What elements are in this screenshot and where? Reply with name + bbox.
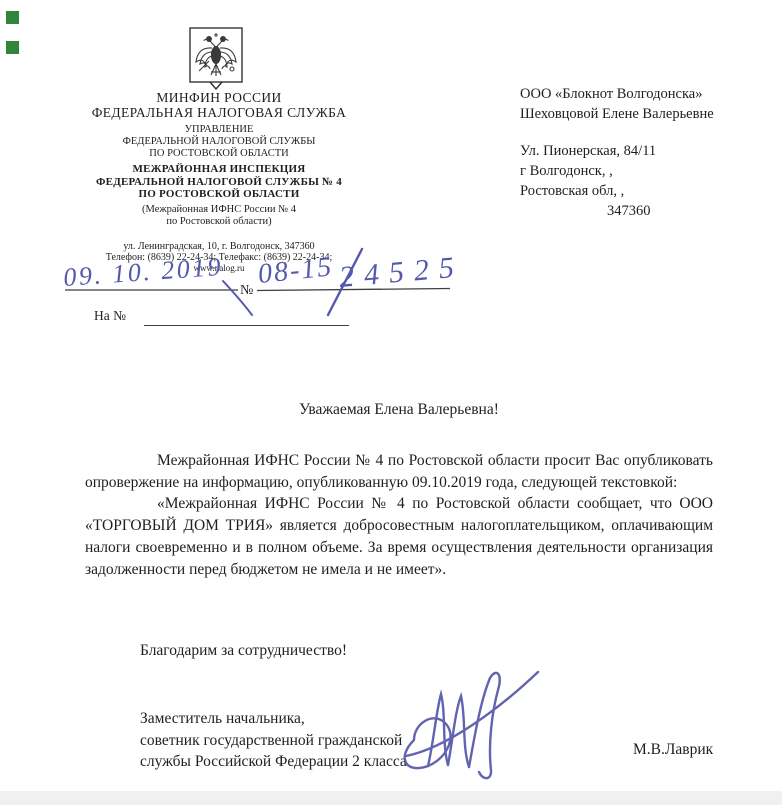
agency-name: ФЕДЕРАЛЬНАЯ НАЛОГОВАЯ СЛУЖБА [58, 105, 380, 120]
recipient-block: ООО «Блокнот Волгодонска» Шеховцовой Еле… [520, 84, 760, 221]
recipient-region: Ростовская обл, , [520, 181, 760, 201]
short-name-line: по Ростовской области) [58, 216, 380, 228]
signer-name: М.В.Лаврик [633, 741, 713, 759]
double-headed-eagle-icon [189, 27, 243, 91]
recipient-postcode: 347360 [520, 201, 760, 221]
department-line: ФЕДЕРАЛЬНОЙ НАЛОГОВОЙ СЛУЖБЫ [58, 136, 380, 148]
body-paragraph-1: Межрайонная ИФНС России № 4 по Ростовско… [85, 450, 713, 493]
coat-of-arms-emblem [189, 27, 243, 91]
signer-title-line: советник государственной гражданской [140, 730, 407, 752]
ministry-name: МИНФИН РОССИИ [58, 90, 380, 105]
signer-title-line: Заместитель начальника, [140, 708, 407, 730]
department-line: УПРАВЛЕНИЕ [58, 124, 380, 136]
inspection-line: МЕЖРАЙОННАЯ ИНСПЕКЦИЯ [58, 163, 380, 175]
number-sign-label: № [240, 283, 253, 298]
handwritten-date: 09. 10. 2019 [62, 252, 224, 292]
recipient-org: ООО «Блокнот Волгодонска» [520, 84, 760, 104]
inspection-line: ФЕДЕРАЛЬНОЙ НАЛОГОВОЙ СЛУЖБЫ № 4 [58, 176, 380, 188]
salutation: Уважаемая Елена Валерьевна! [85, 401, 713, 419]
handwritten-signature [378, 668, 568, 788]
department-line: ПО РОСТОВСКОЙ ОБЛАСТИ [58, 148, 380, 160]
recipient-city: г Волгодонск, , [520, 161, 760, 181]
green-marker [6, 41, 19, 54]
inspection-line: ПО РОСТОВСКОЙ ОБЛАСТИ [58, 188, 380, 200]
signer-title-line: службы Российской Федерации 2 класса [140, 751, 407, 773]
letter-body: Межрайонная ИФНС России № 4 по Ростовско… [85, 450, 713, 580]
page-edge [0, 791, 782, 805]
recipient-person: Шеховцовой Елене Валерьевне [520, 104, 760, 124]
handwritten-number-left: 08-15 [256, 251, 334, 290]
recipient-street: Ул. Пионерская, 84/11 [520, 141, 760, 161]
body-paragraph-2: «Межрайонная ИФНС России № 4 по Ростовск… [85, 493, 713, 580]
closing-line: Благодарим за сотрудничество! [140, 642, 347, 660]
reply-to-label: На № [94, 308, 126, 324]
signer-title-block: Заместитель начальника, советник государ… [140, 708, 407, 773]
reply-to-rule [144, 325, 349, 326]
green-marker [6, 11, 19, 24]
short-name-line: (Межрайонная ИФНС России № 4 [58, 204, 380, 216]
